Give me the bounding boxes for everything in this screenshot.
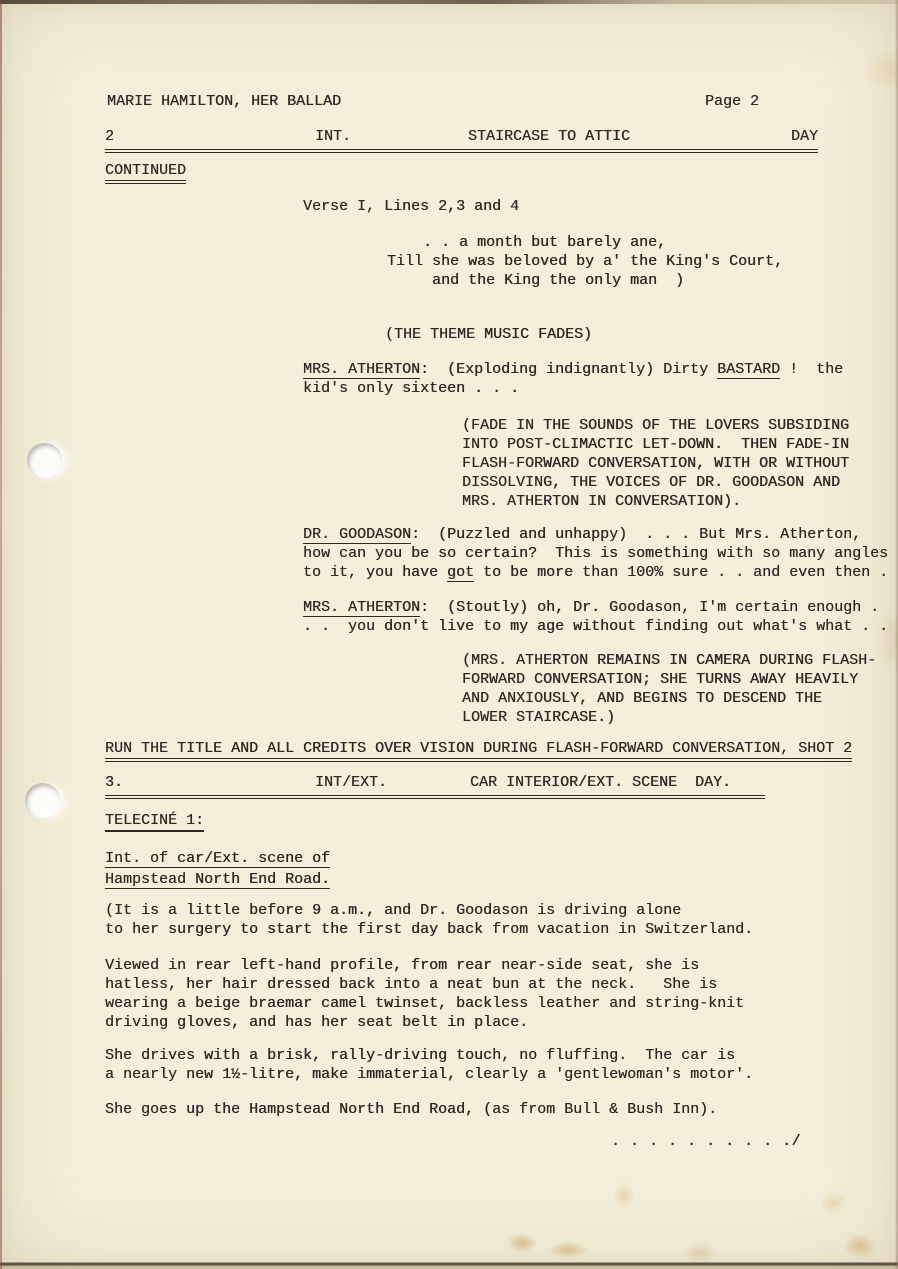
dialogue-mrs-atherton-1: MRS. ATHERTON: (Exploding indignantly) D… bbox=[303, 360, 898, 398]
punch-hole-top bbox=[27, 443, 62, 478]
speaker-name: MRS. ATHERTON bbox=[303, 599, 420, 617]
stage-direction-1: (FADE IN THE SOUNDS OF THE LOVERS SUBSID… bbox=[462, 416, 849, 511]
document-title: MARIE HAMILTON, HER BALLAD bbox=[107, 92, 341, 111]
emphasized-word: got bbox=[447, 564, 474, 582]
scene-heading-3: 3. INT/EXT. CAR INTERIOR/EXT. SCENE DAY. bbox=[105, 773, 765, 799]
scene-2-type: INT. bbox=[315, 127, 351, 146]
scan-edge-left bbox=[0, 0, 2, 1269]
run-title-text: RUN THE TITLE AND ALL CREDITS OVER VISIO… bbox=[105, 740, 852, 762]
dialogue-dr-goodason: DR. GOODASON: (Puzzled and unhappy) . . … bbox=[303, 525, 898, 582]
emphasized-word: BASTARD bbox=[717, 361, 780, 379]
scene-3-type: INT/EXT. bbox=[315, 773, 387, 792]
scan-edge-top bbox=[0, 0, 898, 4]
continued-label: CONTINUED bbox=[105, 161, 186, 180]
scene-2-number: 2 bbox=[105, 127, 114, 146]
telecine-label: TELECINÉ 1: bbox=[105, 811, 204, 830]
continuation-dots: . . . . . . . . . ./ bbox=[611, 1132, 801, 1151]
continued-text: CONTINUED bbox=[105, 162, 186, 184]
script-page: MARIE HAMILTON, HER BALLAD Page 2 2 INT.… bbox=[0, 0, 898, 1269]
description-paragraph-2: Viewed in rear left-hand profile, from r… bbox=[105, 956, 744, 1032]
verse-lines: . . a month but barely ane, Till she was… bbox=[387, 233, 783, 290]
subheading-line-1: Int. of car/Ext. scene of bbox=[105, 850, 330, 868]
scene-3-number: 3. bbox=[105, 773, 123, 792]
page-number: Page 2 bbox=[705, 92, 759, 111]
run-title-instruction: RUN THE TITLE AND ALL CREDITS OVER VISIO… bbox=[105, 739, 852, 758]
dialogue-mrs-atherton-2: MRS. ATHERTON: (Stoutly) oh, Dr. Goodaso… bbox=[303, 598, 898, 636]
scene-2-location: STAIRCASE TO ATTIC bbox=[468, 127, 630, 146]
speaker-name: DR. GOODASON bbox=[303, 526, 411, 544]
scene-2-time: DAY bbox=[791, 127, 818, 146]
punch-hole-bottom bbox=[25, 783, 60, 818]
description-paragraph-4: She goes up the Hampstead North End Road… bbox=[105, 1100, 717, 1119]
stage-direction-2: (MRS. ATHERTON REMAINS IN CAMERA DURING … bbox=[462, 651, 876, 727]
telecine-text: TELECINÉ 1: bbox=[105, 812, 204, 832]
theme-music-cue: (THE THEME MUSIC FADES) bbox=[385, 325, 592, 344]
description-paragraph-1: (It is a little before 9 a.m., and Dr. G… bbox=[105, 901, 753, 939]
subheading-line-2: Hampstead North End Road. bbox=[105, 871, 330, 889]
description-paragraph-3: She drives with a brisk, rally-driving t… bbox=[105, 1046, 753, 1084]
scene-subheading: Int. of car/Ext. scene of Hampstead Nort… bbox=[105, 848, 330, 890]
dialogue-text: : (Exploding indignantly) Dirty bbox=[420, 361, 717, 378]
scene-3-location: CAR INTERIOR/EXT. SCENE DAY. bbox=[470, 773, 731, 792]
scene-heading-2: 2 INT. STAIRCASE TO ATTIC DAY bbox=[105, 127, 818, 153]
verse-caption: Verse I, Lines 2,3 and 4 bbox=[303, 197, 519, 216]
dialogue-text: to be more than 100% sure . . and even t… bbox=[474, 564, 888, 581]
scan-edge-bottom bbox=[0, 1260, 898, 1269]
speaker-name: MRS. ATHERTON bbox=[303, 361, 420, 379]
